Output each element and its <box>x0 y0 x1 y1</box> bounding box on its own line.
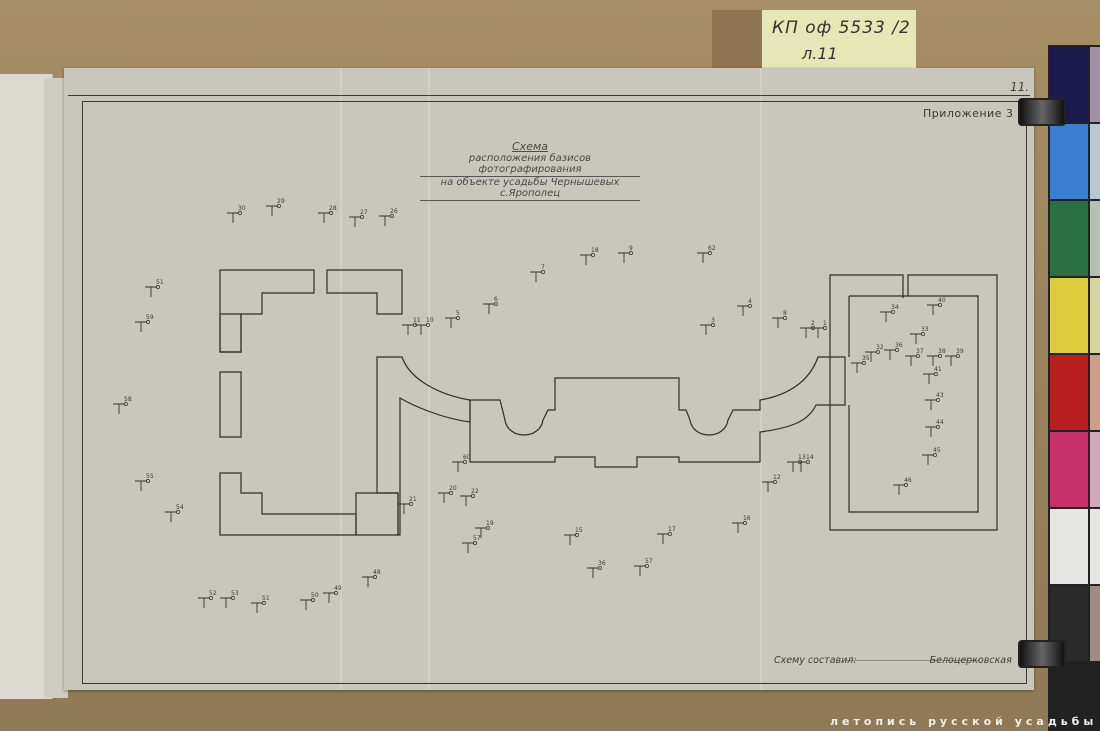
photo-point-label: 28 <box>329 205 337 212</box>
photo-point-label: 54 <box>176 504 184 511</box>
photo-point-label: 37 <box>916 348 924 355</box>
west-building-wall-segment <box>220 372 241 437</box>
photo-point-label: 10 <box>426 317 434 324</box>
color-swatch <box>1050 355 1088 430</box>
photo-point-marker: 62 <box>697 245 716 263</box>
photo-point-marker: 59 <box>135 314 154 332</box>
photo-point-label: 49 <box>334 585 342 592</box>
photo-point-label: 21 <box>409 496 417 503</box>
photo-point-marker: 58 <box>113 396 132 414</box>
east-building-inner <box>849 296 978 512</box>
photo-point-label: 48 <box>373 569 381 576</box>
building-outlines <box>220 270 997 535</box>
photo-point-marker: 55 <box>135 473 154 491</box>
signature-label: Схему составил: <box>774 655 857 666</box>
photo-point-label: 1 <box>823 320 827 327</box>
photo-point-label: 41 <box>934 366 942 373</box>
photo-point-marker: 52 <box>198 590 217 608</box>
color-swatch <box>1050 278 1088 353</box>
photo-point-label: 6 <box>494 296 498 303</box>
photo-point-label: 43 <box>936 392 944 399</box>
color-swatch-secondary <box>1090 278 1100 353</box>
photo-point-label: 57 <box>645 558 653 565</box>
photo-point-marker: 13 <box>787 454 806 472</box>
photo-point-marker: 51 <box>145 279 164 297</box>
photo-point-marker: 44 <box>925 419 944 437</box>
photo-point-marker: 26 <box>379 208 398 226</box>
photo-point-marker: 30 <box>227 205 246 223</box>
photo-point-label: 18 <box>591 247 599 254</box>
photo-point-label: 16 <box>743 515 751 522</box>
photo-point-label: 59 <box>146 314 154 321</box>
photo-point-marker: 49 <box>323 585 342 603</box>
photo-point-label: 44 <box>936 419 944 426</box>
photo-point-label: 8 <box>783 310 787 317</box>
photo-point-label: 26 <box>390 208 398 215</box>
photo-point-marker: 45 <box>922 447 941 465</box>
signature-block: Схему составил: Белоцерковская <box>774 655 1012 666</box>
west-gallery <box>377 357 470 535</box>
photo-point-label: 27 <box>360 209 368 216</box>
photo-point-marker: 39 <box>945 348 964 366</box>
color-swatch <box>1050 124 1088 199</box>
photo-point-marker: 38 <box>927 348 946 366</box>
photo-point-marker: 21 <box>398 496 417 514</box>
photo-point-label: 36 <box>895 342 903 349</box>
watermark-text: летопись русской усадьбы <box>830 715 1097 728</box>
photo-point-label: 46 <box>904 477 912 484</box>
photo-point-label: 57 <box>473 535 481 542</box>
photo-point-label: 12 <box>773 474 781 481</box>
photo-point-marker: 27 <box>349 209 368 227</box>
photo-point-marker: 4 <box>737 298 752 316</box>
photo-point-label: 36 <box>598 560 606 567</box>
photo-point-label: 51 <box>262 595 270 602</box>
photo-point-marker: 9 <box>618 245 633 263</box>
photo-point-label: 7 <box>541 264 545 271</box>
photo-point-marker: 33 <box>910 326 929 344</box>
photo-point-marker: 43 <box>925 392 944 410</box>
photo-point-label: 14 <box>806 454 814 461</box>
photo-point-label: 22 <box>471 488 479 495</box>
color-swatch <box>1050 201 1088 276</box>
photo-point-label: 32 <box>876 344 884 351</box>
photo-point-label: 17 <box>668 526 676 533</box>
photo-point-marker: 8 <box>772 310 787 328</box>
photo-point-marker: 48 <box>362 569 381 587</box>
photo-point-marker: 6 <box>483 296 498 314</box>
photo-point-marker: 36 <box>587 560 606 578</box>
site-plan-drawing: 3029282726189627111056348215159585554602… <box>0 0 1100 731</box>
photo-point-marker: 35 <box>851 355 870 373</box>
photo-point-marker: 41 <box>923 366 942 384</box>
photo-point-label: 55 <box>146 473 154 480</box>
photo-point-label: 13 <box>798 454 806 461</box>
photo-point-marker: 37 <box>905 348 924 366</box>
photo-point-marker: 22 <box>460 488 479 506</box>
photo-point-marker: 12 <box>762 474 781 492</box>
photo-point-label: 51 <box>156 279 164 286</box>
photo-point-label: 2 <box>811 320 815 327</box>
photo-point-marker: 50 <box>300 592 319 610</box>
photo-point-marker: 18 <box>580 247 599 265</box>
color-swatch-secondary <box>1090 355 1100 430</box>
binder-clip-bottom <box>1018 640 1066 668</box>
binder-clip-top <box>1018 98 1066 126</box>
color-swatch-secondary <box>1090 47 1100 122</box>
photo-point-label: 35 <box>862 355 870 362</box>
signature-name: Белоцерковская <box>930 655 1012 666</box>
photo-point-label: 9 <box>629 245 633 252</box>
photo-point-marker: 51 <box>251 595 270 613</box>
photo-point-marker: 16 <box>732 515 751 533</box>
photo-point-label: 53 <box>231 590 239 597</box>
photo-point-marker: 20 <box>438 485 457 503</box>
photo-point-label: 11 <box>413 317 421 324</box>
photo-point-label: 3 <box>711 317 715 324</box>
color-swatch <box>1050 432 1088 507</box>
color-swatch-secondary <box>1090 509 1100 584</box>
photo-point-marker: 57 <box>634 558 653 576</box>
photo-point-marker: 60 <box>452 454 471 472</box>
photo-point-label: 30 <box>238 205 246 212</box>
photo-point-marker: 57 <box>462 535 481 553</box>
photo-point-label: 39 <box>956 348 964 355</box>
east-building-outer <box>830 275 997 530</box>
photo-point-marker: 15 <box>564 527 583 545</box>
photo-point-label: 15 <box>575 527 583 534</box>
west-building-corner-nw <box>220 270 314 352</box>
color-swatch-secondary <box>1090 124 1100 199</box>
photo-point-label: 62 <box>708 245 716 252</box>
color-swatch-secondary <box>1090 586 1100 661</box>
photo-point-marker: 54 <box>165 504 184 522</box>
photo-point-label: 40 <box>938 297 946 304</box>
photo-point-label: 58 <box>124 396 132 403</box>
photo-point-label: 5 <box>456 310 460 317</box>
photo-point-label: 50 <box>311 592 319 599</box>
west-building-corner-sw <box>220 473 356 535</box>
color-swatch <box>1050 509 1088 584</box>
photo-point-label: 45 <box>933 447 941 454</box>
photo-point-marker: 36 <box>884 342 903 360</box>
central-palace-gallery <box>470 357 845 467</box>
photo-point-label: 19 <box>486 520 494 527</box>
photo-point-label: 34 <box>891 304 899 311</box>
photo-point-label: 33 <box>921 326 929 333</box>
photo-point-marker: 5 <box>445 310 460 328</box>
photo-point-label: 20 <box>449 485 457 492</box>
photo-point-marker: 7 <box>530 264 545 282</box>
photo-point-marker: 46 <box>893 477 912 495</box>
photo-point-marker: 34 <box>880 304 899 322</box>
photo-point-marker: 17 <box>657 526 676 544</box>
photo-point-label: 52 <box>209 590 217 597</box>
photo-point-marker: 2 <box>800 320 815 338</box>
photo-point-marker: 28 <box>318 205 337 223</box>
photo-point-marker: 11 <box>402 317 421 335</box>
photo-point-label: 4 <box>748 298 752 305</box>
photo-point-marker: 53 <box>220 590 239 608</box>
photo-point-marker: 40 <box>927 297 946 315</box>
photo-point-label: 60 <box>463 454 471 461</box>
photo-point-marker: 3 <box>700 317 715 335</box>
west-building-corner-ne <box>327 270 402 314</box>
photo-point-marker: 29 <box>266 198 285 216</box>
color-swatch-secondary <box>1090 432 1100 507</box>
photo-point-label: 38 <box>938 348 946 355</box>
color-swatch-secondary <box>1090 201 1100 276</box>
photo-point-label: 29 <box>277 198 285 205</box>
